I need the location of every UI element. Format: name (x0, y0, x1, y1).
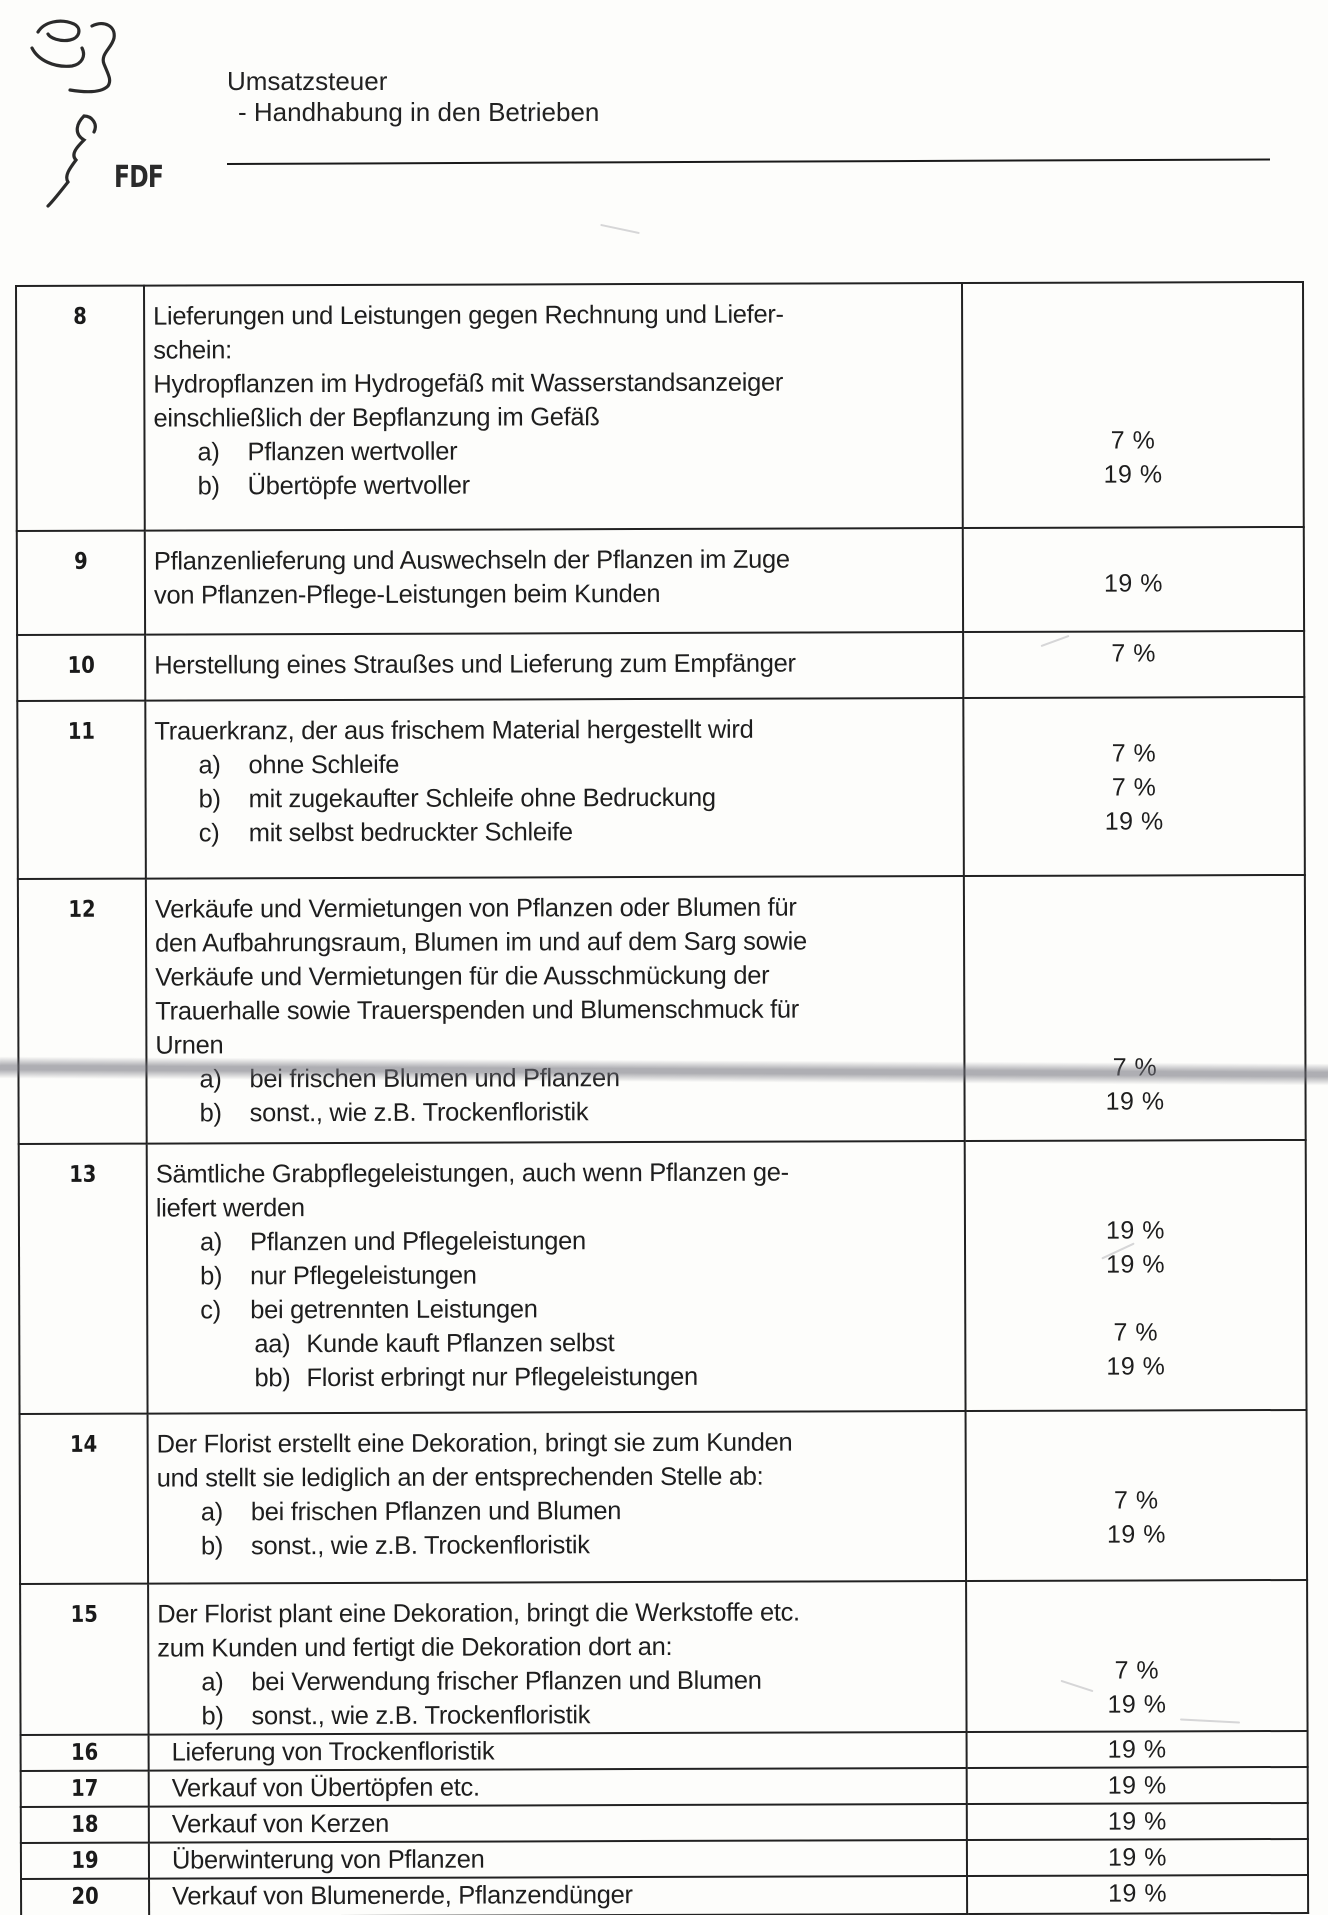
line-text: Lieferungen und Leistungen gegen Rechnun… (153, 301, 784, 331)
line-text: mit zugekaufter Schleife ohne Bedruckung (249, 784, 716, 813)
row-description-cell: Verkauf von Übertöpfen etc. (149, 1768, 967, 1807)
vat-rate: 19 % (968, 1732, 1307, 1767)
list-item: b)nur Pflegeleistungen (156, 1257, 964, 1294)
description-line: schein: (153, 331, 961, 368)
table-row: 10Herstellung eines Straußes und Lieferu… (17, 631, 1304, 701)
row-rate-cell: 7 %19 % (962, 282, 1304, 528)
list-item: a)bei frischen Pflanzen und Blumen (157, 1493, 965, 1530)
row-rate-cell: 19 % (967, 1839, 1308, 1876)
row-rate-cell: 7 %19 % (966, 1580, 1307, 1732)
description-line: Der Florist plant eine Dekoration, bring… (157, 1595, 965, 1632)
row-number: 15 (31, 1585, 138, 1632)
line-text: nur Pflegeleistungen (250, 1262, 477, 1291)
vat-rate-blank (963, 287, 1302, 322)
row-rate-cell: 19 % (967, 1875, 1308, 1914)
row-description-cell: Der Florist plant eine Dekoration, bring… (148, 1581, 966, 1735)
line-text: Pflanzen wertvoller (247, 438, 457, 467)
line-text: von Pflanzen-Pflege-Leistungen beim Kund… (154, 580, 660, 610)
description-line: Überwinterung von Pflanzen (172, 1841, 966, 1877)
line-text: Kunde kauft Pflanzen selbst (306, 1329, 614, 1358)
table-row: 17Verkauf von Übertöpfen etc.19 % (21, 1767, 1308, 1807)
line-text: Trauerhalle sowie Trauerspenden und Blum… (155, 996, 799, 1026)
list-item: b)mit zugekaufter Schleife ohne Bedrucku… (155, 780, 963, 817)
line-text: Verkauf von Blumenerde, Pflanzendünger (172, 1881, 633, 1910)
row-description-cell: Verkauf von Kerzen (149, 1804, 967, 1843)
description-line: Herstellung eines Straußes und Lieferung… (154, 646, 962, 683)
rate-lines: 7 %19 % (967, 1411, 1306, 1552)
header-divider (227, 158, 1270, 165)
vat-rates-table-body: 8Lieferungen und Leistungen gegen Rechnu… (16, 282, 1308, 1915)
vat-rate: 7 % (965, 770, 1304, 805)
description-line: den Aufbahrungsraum, Blumen im und auf d… (155, 924, 963, 961)
row-number: 14 (30, 1415, 137, 1462)
line-text: Trauerkranz, der aus frischem Material h… (154, 716, 753, 746)
vat-rate-blank (963, 389, 1302, 424)
line-text: Pflanzen und Pflegeleistungen (250, 1227, 586, 1256)
vat-rate: 7 % (965, 1050, 1304, 1085)
table-row: 11Trauerkranz, der aus frischem Material… (17, 697, 1305, 879)
list-item: a)Pflanzen wertvoller (153, 433, 961, 470)
table-row: 12Verkäufe und Vermietungen von Pflanzen… (18, 875, 1306, 1144)
row-description-cell: Verkäufe und Vermietungen von Pflanzen o… (146, 876, 965, 1144)
rate-lines: 7 %19 % (965, 876, 1305, 1119)
row-description-cell: Pflanzenlieferung und Auswechseln der Pf… (145, 528, 963, 635)
row-rate-cell: 7 %7 %19 % (963, 697, 1305, 876)
row-number-cell: 16 (21, 1735, 149, 1771)
vat-rate-blank (967, 1619, 1306, 1654)
description-line: Lieferung von Trockenfloristik (172, 1733, 966, 1769)
table-row: 19Überwinterung von Pflanzen19 % (21, 1839, 1308, 1879)
row-description-cell: Verkauf von Blumenerde, Pflanzendünger (149, 1876, 967, 1915)
row-number: 12 (28, 880, 135, 927)
row-description-cell: Der Florist erstellt eine Dekoration, br… (148, 1411, 967, 1584)
line-text: sonst., wie z.B. Trockenfloristik (251, 1701, 590, 1730)
vat-rate-blank (965, 948, 1304, 983)
vat-rate: 19 % (968, 1804, 1307, 1839)
row-number-cell: 8 (16, 286, 145, 531)
line-text: Florist erbringt nur Pflegeleistungen (306, 1363, 698, 1392)
line-text: bei frischen Blumen und Pflanzen (249, 1064, 619, 1093)
line-text: bei frischen Pflanzen und Blumen (251, 1497, 621, 1526)
row-number: 18 (31, 1808, 138, 1842)
line-text: liefert werden (156, 1194, 305, 1222)
table-row: 8Lieferungen und Leistungen gegen Rechnu… (16, 282, 1304, 531)
description-line: und stellt sie lediglich an der entsprec… (157, 1459, 965, 1496)
list-item: a)bei Verwendung frischer Pflanzen und B… (157, 1663, 965, 1700)
line-text: schein: (153, 336, 232, 364)
row-number-cell: 10 (17, 635, 145, 701)
row-rate-cell: 19 % (967, 1731, 1308, 1768)
description-lines: Lieferungen und Leistungen gegen Rechnun… (145, 284, 962, 504)
rate-lines: 7 % (964, 632, 1303, 671)
row-description-cell: Lieferung von Trockenfloristik (149, 1732, 967, 1771)
row-number-cell: 9 (17, 531, 145, 635)
fdf-logo: FDF (30, 8, 170, 208)
line-text: sonst., wie z.B. Trockenfloristik (250, 1098, 589, 1127)
list-item-label: c) (200, 1293, 250, 1327)
description-line: zum Kunden und fertigt die Dekoration do… (157, 1629, 965, 1666)
document-subtitle: - Handhabung in den Betrieben (238, 97, 599, 128)
rate-lines: 19 % (968, 1840, 1307, 1875)
vat-rate: 7 % (964, 636, 1303, 671)
row-number-cell: 19 (21, 1843, 149, 1879)
description-line: Verkauf von Blumenerde, Pflanzendünger (172, 1877, 966, 1913)
rate-lines: 19 % (968, 1876, 1307, 1911)
line-text: Verkäufe und Vermietungen von Pflanzen o… (155, 894, 797, 924)
description-line: Trauerkranz, der aus frischem Material h… (154, 712, 962, 749)
list-item-label: b) (201, 1529, 251, 1563)
vat-rate-blank (965, 914, 1304, 949)
vat-rate: 7 % (966, 1315, 1305, 1350)
row-number-cell: 15 (20, 1584, 148, 1735)
rate-lines: 19 % (968, 1768, 1307, 1803)
description-line: Urnen (155, 1026, 963, 1063)
description-lines: Verkauf von Übertöpfen etc. (150, 1769, 966, 1806)
row-rate-cell: 7 %19 % (966, 1410, 1308, 1581)
line-text: einschließlich der Bepflanzung im Gefäß (153, 403, 599, 432)
description-line: Verkäufe und Vermietungen für die Aussch… (155, 958, 963, 995)
row-rate-cell: 19 % (963, 527, 1304, 632)
description-line: Pflanzenlieferung und Auswechseln der Pf… (154, 542, 962, 579)
row-number: 10 (28, 636, 135, 683)
rate-lines: 19 % (968, 1804, 1307, 1839)
description-line: einschließlich der Bepflanzung im Gefäß (153, 399, 961, 436)
line-text: Sämtliche Grabpflegeleistungen, auch wen… (156, 1159, 789, 1189)
list-item: c)mit selbst bedruckter Schleife (155, 814, 963, 851)
description-lines: Herstellung eines Straußes und Lieferung… (146, 633, 962, 683)
list-item-label: b) (200, 1096, 250, 1130)
list-item-label: b) (199, 782, 249, 816)
description-line: Der Florist erstellt eine Dekoration, br… (157, 1425, 965, 1462)
vat-rate-blank (967, 1585, 1306, 1620)
list-item: b)sonst., wie z.B. Trockenfloristik (157, 1697, 965, 1734)
rate-lines: 19 % (964, 528, 1303, 601)
line-text: bei getrennten Leistungen (250, 1295, 538, 1324)
row-number-cell: 17 (21, 1771, 149, 1807)
row-rate-cell: 7 %19 % (964, 875, 1306, 1141)
vat-rate: 7 % (967, 1653, 1306, 1688)
vat-rate-blank (964, 532, 1303, 567)
row-description-cell: Sämtliche Grabpflegeleistungen, auch wen… (147, 1141, 966, 1414)
table-row: 20Verkauf von Blumenerde, Pflanzendünger… (21, 1875, 1308, 1915)
line-text: Verkäufe und Vermietungen für die Aussch… (155, 962, 769, 992)
line-text: ohne Schleife (248, 751, 399, 779)
line-text: Herstellung eines Straußes und Lieferung… (154, 650, 796, 680)
table-row: 13Sämtliche Grabpflegeleistungen, auch w… (19, 1140, 1307, 1414)
line-text: den Aufbahrungsraum, Blumen im und auf d… (155, 928, 807, 958)
line-text: Lieferung von Trockenfloristik (172, 1738, 495, 1767)
vat-rate-blank (965, 982, 1304, 1017)
vat-rate: 19 % (968, 1876, 1307, 1911)
line-text: Urnen (155, 1031, 223, 1059)
description-line: Hydropflanzen im Hydrogefäß mit Wasserst… (153, 365, 961, 402)
vat-rate-blank (966, 1179, 1305, 1214)
row-number: 16 (31, 1736, 138, 1770)
description-lines: Verkauf von Blumenerde, Pflanzendünger (150, 1877, 966, 1914)
row-number-cell: 12 (18, 879, 147, 1144)
line-text: Der Florist erstellt eine Dekoration, br… (157, 1429, 793, 1459)
vat-rate-blank (964, 702, 1303, 737)
description-line: Sämtliche Grabpflegeleistungen, auch wen… (156, 1155, 964, 1192)
vat-rate: 7 % (963, 423, 1302, 458)
description-line: Verkauf von Kerzen (172, 1805, 966, 1841)
row-number-cell: 20 (21, 1879, 149, 1915)
list-item: aa)Kunde kauft Pflanzen selbst (156, 1325, 964, 1362)
list-item: c)bei getrennten Leistungen (156, 1291, 964, 1328)
row-number: 19 (31, 1844, 138, 1878)
list-item: b)Übertöpfe wertvoller (154, 467, 962, 504)
vat-rate-blank (966, 1281, 1305, 1316)
list-item: a)Pflanzen und Pflegeleistungen (156, 1223, 964, 1260)
row-description-cell: Lieferungen und Leistungen gegen Rechnun… (144, 283, 963, 531)
row-rate-cell: 19 % (967, 1803, 1308, 1840)
list-item-label: a) (201, 1665, 251, 1699)
line-text: Pflanzenlieferung und Auswechseln der Pf… (154, 546, 790, 576)
vat-rate: 19 % (967, 1687, 1306, 1722)
document-title: Umsatzsteuer (227, 66, 387, 97)
list-item: bb)Florist erbringt nur Pflegeleistungen (156, 1359, 964, 1396)
row-number: 11 (28, 702, 135, 749)
row-number: 13 (29, 1145, 136, 1192)
row-description-cell: Herstellung eines Straußes und Lieferung… (145, 632, 963, 701)
vat-rate: 19 % (966, 1084, 1305, 1119)
list-item-label: c) (199, 816, 249, 850)
line-text: Hydropflanzen im Hydrogefäß mit Wasserst… (153, 369, 783, 399)
description-lines: Überwinterung von Pflanzen (150, 1841, 966, 1878)
line-text: Verkauf von Übertöpfen etc. (172, 1774, 480, 1803)
rate-lines: 19 %19 %7 %19 % (966, 1141, 1306, 1384)
list-item: a)ohne Schleife (154, 746, 962, 783)
line-text: Der Florist plant eine Dekoration, bring… (157, 1599, 800, 1629)
list-item-label: a) (199, 1062, 249, 1096)
description-lines: Der Florist plant eine Dekoration, bring… (149, 1582, 965, 1734)
line-text: bei Verwendung frischer Pflanzen und Blu… (251, 1667, 761, 1697)
rate-lines: 7 %7 %19 % (964, 698, 1303, 839)
table-row: 14Der Florist erstellt eine Dekoration, … (20, 1410, 1308, 1584)
description-lines: Sämtliche Grabpflegeleistungen, auch wen… (148, 1142, 965, 1396)
list-item-label: a) (198, 748, 248, 782)
row-number: 17 (31, 1772, 138, 1806)
vat-rate: 19 % (964, 457, 1303, 492)
rate-lines: 7 %19 % (967, 1581, 1306, 1722)
list-item-label: b) (198, 469, 248, 503)
description-line: Verkauf von Übertöpfen etc. (172, 1769, 966, 1805)
vat-rate: 19 % (965, 804, 1304, 839)
description-lines: Verkauf von Kerzen (150, 1805, 966, 1842)
description-lines: Lieferung von Trockenfloristik (150, 1733, 966, 1770)
vat-rate: 19 % (966, 1349, 1305, 1384)
vat-rate: 19 % (967, 1517, 1306, 1552)
line-text: zum Kunden und fertigt die Dekoration do… (157, 1633, 672, 1663)
description-line: von Pflanzen-Pflege-Leistungen beim Kund… (154, 576, 962, 613)
list-item: b)sonst., wie z.B. Trockenfloristik (156, 1094, 964, 1131)
description-lines: Pflanzenlieferung und Auswechseln der Pf… (146, 529, 962, 613)
row-rate-cell: 7 % (963, 631, 1304, 698)
vat-rate-blank (963, 321, 1302, 356)
line-text: und stellt sie lediglich an der entsprec… (157, 1463, 764, 1493)
list-item-label: a) (197, 435, 247, 469)
row-number-cell: 13 (19, 1144, 148, 1414)
line-text: mit selbst bedruckter Schleife (249, 818, 573, 847)
row-number: 20 (31, 1880, 138, 1914)
description-line: liefert werden (156, 1189, 964, 1226)
vat-rate-blank (965, 880, 1304, 915)
row-number-cell: 14 (20, 1414, 149, 1584)
scan-speck (600, 224, 640, 234)
list-item-label: b) (200, 1259, 250, 1293)
line-text: Verkauf von Kerzen (172, 1810, 389, 1839)
table-row: 18Verkauf von Kerzen19 % (21, 1803, 1308, 1843)
line-text: Übertöpfe wertvoller (248, 472, 470, 501)
row-number: 9 (27, 532, 134, 579)
vat-rate-blank (967, 1449, 1306, 1484)
vat-rate-blank (967, 1415, 1306, 1450)
row-number-cell: 18 (21, 1807, 149, 1843)
list-item-label: bb) (254, 1361, 306, 1395)
description-lines: Der Florist erstellt eine Dekoration, br… (149, 1412, 965, 1564)
list-item-label: aa) (254, 1327, 306, 1361)
row-number-cell: 11 (17, 701, 146, 879)
row-number: 8 (26, 287, 133, 334)
list-item-label: b) (201, 1699, 251, 1733)
rate-lines: 19 % (968, 1732, 1307, 1767)
vat-rate-blank (966, 1145, 1305, 1180)
vat-rate: 19 % (964, 566, 1303, 601)
vat-rate-blank (965, 1016, 1304, 1051)
line-text: sonst., wie z.B. Trockenfloristik (251, 1531, 590, 1560)
vat-rate: 19 % (968, 1840, 1307, 1875)
row-rate-cell: 19 %19 %7 %19 % (965, 1140, 1307, 1411)
list-item-label: a) (200, 1225, 250, 1259)
list-item-label: a) (201, 1495, 251, 1529)
vat-rates-table: 8Lieferungen und Leistungen gegen Rechnu… (15, 281, 1309, 1915)
description-line: Trauerhalle sowie Trauerspenden und Blum… (155, 992, 963, 1029)
description-line: Verkäufe und Vermietungen von Pflanzen o… (155, 890, 963, 927)
table-row: 9Pflanzenlieferung und Auswechseln der P… (17, 527, 1304, 635)
line-text: Überwinterung von Pflanzen (172, 1846, 485, 1875)
rate-lines: 7 %19 % (963, 283, 1303, 492)
logo-text: FDF (114, 160, 163, 195)
list-item: b)sonst., wie z.B. Trockenfloristik (157, 1527, 965, 1564)
row-description-cell: Trauerkranz, der aus frischem Material h… (145, 698, 964, 879)
vat-rate: 19 % (966, 1213, 1305, 1248)
list-item: a)bei frischen Blumen und Pflanzen (155, 1060, 963, 1097)
description-line: Lieferungen und Leistungen gegen Rechnun… (153, 297, 961, 334)
description-lines: Trauerkranz, der aus frischem Material h… (146, 699, 962, 851)
table-row: 15Der Florist plant eine Dekoration, bri… (20, 1580, 1307, 1735)
row-rate-cell: 19 % (967, 1767, 1308, 1804)
table-row: 16Lieferung von Trockenfloristik19 % (21, 1731, 1308, 1771)
vat-rate: 7 % (964, 736, 1303, 771)
vat-rate: 19 % (966, 1247, 1305, 1282)
row-description-cell: Überwinterung von Pflanzen (149, 1840, 967, 1879)
vat-rate: 7 % (967, 1483, 1306, 1518)
vat-rate-blank (963, 355, 1302, 390)
description-lines: Verkäufe und Vermietungen von Pflanzen o… (147, 877, 964, 1131)
vat-rate: 19 % (968, 1768, 1307, 1803)
